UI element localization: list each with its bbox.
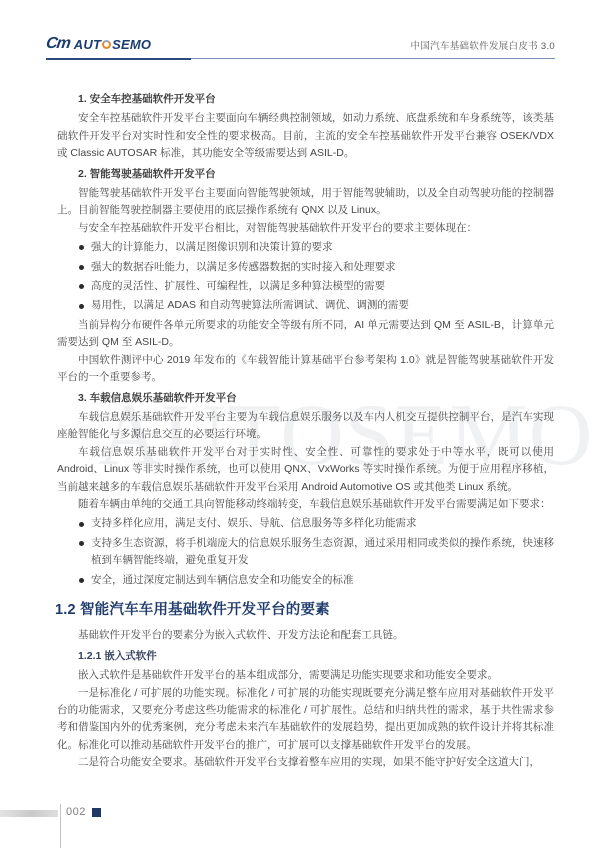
document-page: Cm AUTSEMO 中国汽车基础软件发展白皮书 3.0 AUTOSEMO 1.… xyxy=(0,0,600,848)
page-header: Cm AUTSEMO 中国汽车基础软件发展白皮书 3.0 xyxy=(46,33,555,59)
list-item: 支持多样化应用，满足支付、娱乐、导航、信息服务等多样化功能需求 xyxy=(78,515,554,532)
footer-accent-square xyxy=(92,808,101,817)
paragraph: 当前异构分布硬件各单元所要求的功能安全等级有所不同，AI 单元需要达到 QM 至… xyxy=(57,317,554,352)
bullet-list-infotainment-requirements: 支持多样化应用，满足支付、娱乐、导航、信息服务等多样化功能需求 支持多生态资源，… xyxy=(78,515,554,589)
page-number: 002 xyxy=(66,806,86,818)
paragraph: 嵌入式软件是基础软件开发平台的基本组成部分，需要满足功能实现要求和功能安全要求。 xyxy=(57,667,554,684)
logo-o-icon xyxy=(102,40,111,49)
paragraph: 安全车控基础软件开发平台主要面向车辆经典控制领域，如动力系统、底盘系统和车身系统… xyxy=(57,110,554,162)
list-item: 强大的计算能力，以满足图像识别和决策计算的要求 xyxy=(78,239,554,256)
paragraph: 与安全车控基础软件开发平台相比，对智能驾驶基础软件开发平台的要求主要体现在： xyxy=(57,220,554,237)
logo-text-aut: AUT xyxy=(74,37,101,52)
paragraph: 随着车辆由单纯的交通工具向智能移动终端转变，车载信息娱乐基础软件开发平台需要满足… xyxy=(57,496,554,513)
paragraph: 基础软件开发平台的要素分为嵌入式软件、开发方法论和配套工具链。 xyxy=(57,627,554,644)
paragraph: 车载信息娱乐基础软件开发平台对于实时性、安全性、可靠性的要求处于中等水平，既可以… xyxy=(57,444,554,496)
paragraph: 一是标准化 / 可扩展的功能实现。标准化 / 可扩展的功能实现既要充分满足整车应… xyxy=(57,685,554,755)
list-item: 高度的灵活性、扩展性、可编程性，以满足多种算法模型的需要 xyxy=(78,278,554,295)
paragraph: 二是符合功能安全要求。基础软件开发平台支撑着整车应用的实现，如果不能守护好安全这… xyxy=(57,754,554,771)
footer-divider-line xyxy=(60,804,61,848)
heading-infotainment: 3. 车载信息娱乐基础软件开发平台 xyxy=(57,390,554,407)
footer-gradient-bar xyxy=(0,810,58,817)
heading-intelligent-driving: 2. 智能驾驶基础软件开发平台 xyxy=(57,166,554,183)
list-item: 支持多生态资源，将手机端庞大的信息娱乐服务生态资源，通过采用相同或类似的操作系统… xyxy=(78,535,554,570)
logo-underline xyxy=(46,58,191,61)
page-content: 1. 安全车控基础软件开发平台 安全车控基础软件开发平台主要面向车辆经典控制领域… xyxy=(57,88,554,772)
paragraph: 中国软件测评中心 2019 年发布的《车载智能计算基础平台参考架构 1.0》就是… xyxy=(57,352,554,387)
list-item: 易用性，以满足 ADAS 和自动驾驶算法所需调试、调优、调测的需要 xyxy=(78,297,554,314)
list-item: 强大的数据吞吐能力，以满足多传感器数据的实时接入和处理要求 xyxy=(78,259,554,276)
paragraph: 车载信息娱乐基础软件开发平台主要为车载信息娱乐服务以及车内人机交互提供控制平台，… xyxy=(57,409,554,444)
autosemo-logo: Cm AUTSEMO xyxy=(46,35,151,53)
logo-cm-mark: Cm xyxy=(45,35,71,53)
footer-page-indicator: 002 xyxy=(66,806,101,818)
subheading-embedded-software: 1.2.1 嵌入式软件 xyxy=(57,648,554,665)
heading-safety-vehicle-control: 1. 安全车控基础软件开发平台 xyxy=(57,91,554,108)
logo-brand-text: AUTSEMO xyxy=(74,37,151,52)
logo-text-semo: SEMO xyxy=(112,37,151,52)
bullet-list-driving-requirements: 强大的计算能力，以满足图像识别和决策计算的要求 强大的数据吞吐能力，以满足多传感… xyxy=(78,239,554,315)
section-heading-1-2: 1.2 智能汽车车用基础软件开发平台的要素 xyxy=(55,602,554,619)
paragraph: 智能驾驶基础软件开发平台主要面向智能驾驶领域，用于智能驾驶辅助，以及全自动驾驶功… xyxy=(57,185,554,220)
doc-title: 中国汽车基础软件发展白皮书 3.0 xyxy=(411,38,555,53)
list-item: 安全，通过深度定制达到车辆信息安全和功能安全的标准 xyxy=(78,572,554,589)
